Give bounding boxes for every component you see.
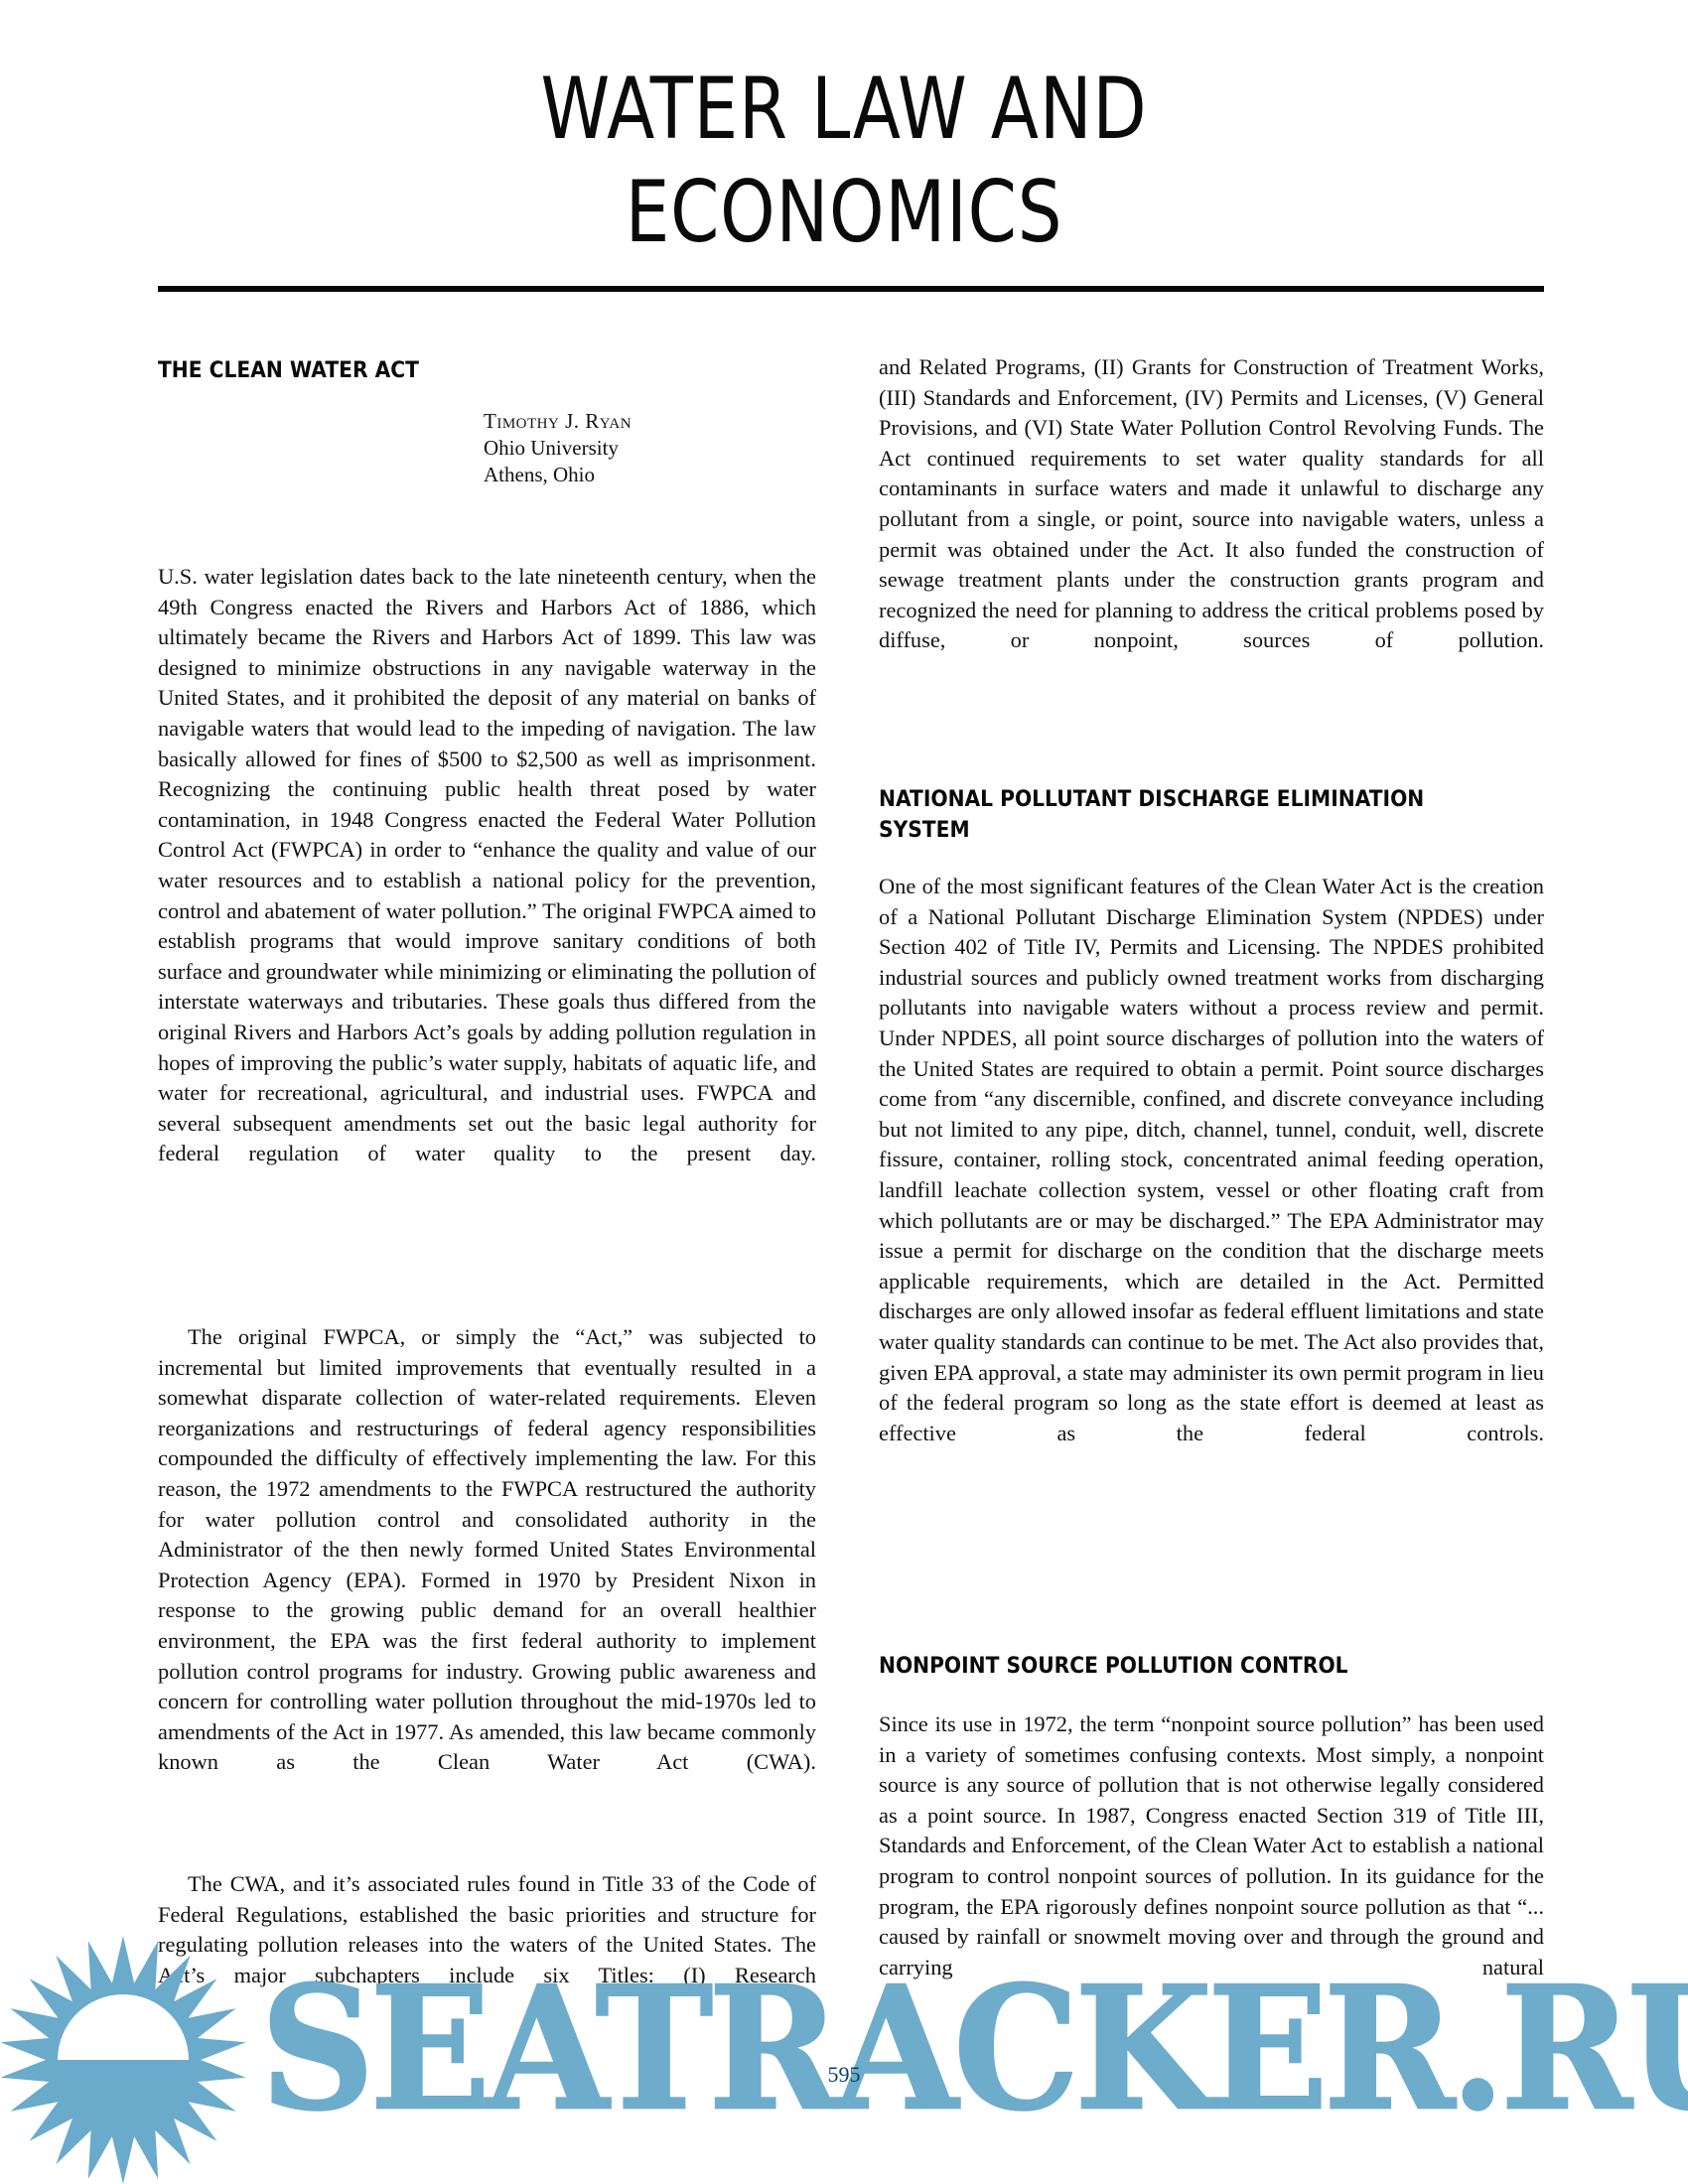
- author-affiliation: Ohio University: [484, 435, 632, 462]
- byline: Timothy J. Ryan Ohio University Athens, …: [484, 408, 632, 488]
- section-heading-npdes: NATIONAL POLLUTANT DISCHARGE ELIMINATION…: [879, 784, 1424, 846]
- page-number: 595: [0, 2062, 1688, 2088]
- body-paragraph-continued: and Related Programs, (II) Grants for Co…: [879, 352, 1544, 687]
- page-title-line-1: WATER LAW AND: [540, 60, 1147, 159]
- body-paragraph-1: U.S. water legislation dates back to the…: [158, 562, 816, 1199]
- title-rule-divider: [158, 286, 1544, 292]
- page-title-line-2: ECONOMICS: [626, 163, 1063, 262]
- section-heading-nonpoint: NONPOINT SOURCE POLLUTION CONTROL: [879, 1651, 1348, 1682]
- body-paragraph-2: The original FWPCA, or simply the “Act,”…: [158, 1322, 816, 1809]
- section-heading-npdes-line-2: SYSTEM: [879, 818, 970, 843]
- author-location: Athens, Ohio: [484, 462, 632, 488]
- author-name: Timothy J. Ryan: [484, 408, 632, 435]
- section-heading-npdes-line-1: NATIONAL POLLUTANT DISCHARGE ELIMINATION: [879, 787, 1424, 812]
- section-npdes-text: One of the most significant features of …: [879, 872, 1544, 1479]
- watermark-text: SEATRACKER.RU: [260, 1976, 1465, 2121]
- page-title: WATER LAW AND ECONOMICS: [152, 58, 1536, 264]
- article-heading: THE CLEAN WATER ACT: [158, 355, 419, 386]
